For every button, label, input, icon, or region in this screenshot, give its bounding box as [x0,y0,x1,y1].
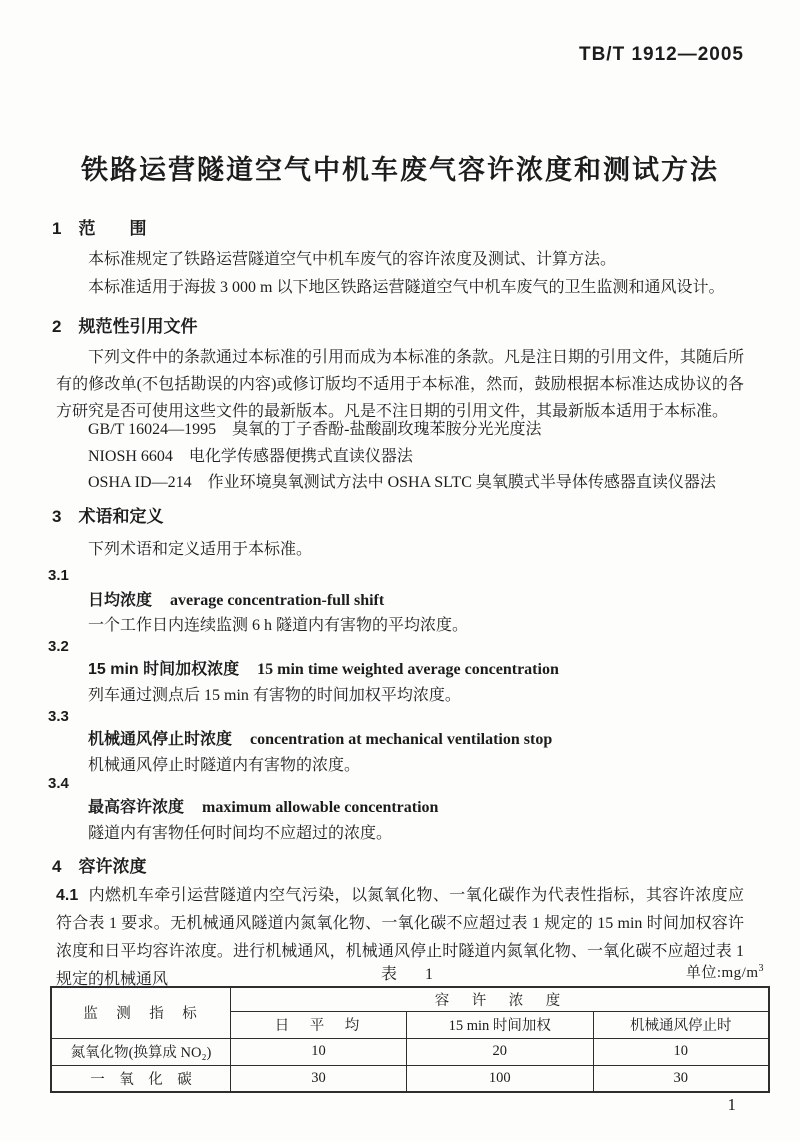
term-3-1-title: 日均浓度average concentration-full shift [88,587,744,610]
table-cell-co-daily: 30 [231,1065,407,1092]
term-3-4-zh: 最高容许浓度 [88,799,184,816]
table-header-ventilation-stop: 机械通风停止时 [593,1011,769,1038]
table-header-15min-weighted: 15 min 时间加权 [406,1011,593,1038]
table-1-caption: 表 1 [50,961,770,984]
table-cell-nox-15min: 20 [406,1038,593,1065]
term-3-4-definition: 隧道内有害物任何时间均不应超过的浓度。 [88,820,744,843]
table-header-allowed-concentration: 容 许 浓 度 [231,987,770,1011]
section-3-intro: 下列术语和定义适用于本标准。 [88,536,744,563]
term-3-3-en: concentration at mechanical ventilation … [250,731,552,748]
table-1-caption-row: 表 1 单位:mg/m3 [50,961,770,983]
section-1-paragraph-1: 本标准规定了铁路运营隧道空气中机车废气的容许浓度及测试、计算方法。 [56,246,744,273]
term-3-3-definition: 机械通风停止时隧道内有害物的浓度。 [88,752,744,775]
table-cell-nox-daily: 10 [231,1038,407,1065]
reference-gbt16024: GB/T 16024—1995 臭氧的丁子香酚-盐酸副玫瑰苯胺分光光度法 [88,417,744,443]
section-2-heading: 2 规范性引用文件 [52,312,744,337]
term-3-2-zh: 15 min 时间加权浓度 [88,661,239,678]
term-3-1-definition: 一个工作日内连续监测 6 h 隧道内有害物的平均浓度。 [88,612,744,635]
clause-4-1-number: 4.1 [56,887,78,904]
term-3-4-number: 3.4 [48,775,69,792]
section-1-heading: 1 范 围 [52,214,744,239]
table-row-co: 一 氧 化 碳 30 100 30 [51,1065,769,1092]
term-3-2-definition: 列车通过测点后 15 min 有害物的时间加权平均浓度。 [88,682,744,705]
table-row-nox: 氮氧化物(换算成 NO₂) 10 20 10 [51,1038,769,1065]
table-cell-co-15min: 100 [406,1065,593,1092]
page-number: 1 [728,1095,737,1115]
term-3-2-title: 15 min 时间加权浓度15 min time weighted averag… [88,656,744,679]
table-1-unit-exponent: 3 [759,963,765,974]
term-3-2-number: 3.2 [48,638,69,655]
term-3-4-title: 最高容许浓度maximum allowable concentration [88,794,744,817]
term-3-3-zh: 机械通风停止时浓度 [88,731,232,748]
table-row-group-header: 监 测 指 标 容 许 浓 度 [51,987,769,1011]
section-3-heading: 3 术语和定义 [52,502,744,527]
section-4-heading: 4 容许浓度 [52,852,744,877]
table-cell-co-indicator: 一 氧 化 碳 [51,1065,231,1092]
term-3-3-title: 机械通风停止时浓度concentration at mechanical ven… [88,726,744,749]
table-cell-nox-indicator: 氮氧化物(换算成 NO₂) [51,1038,231,1065]
term-3-4-en: maximum allowable concentration [202,799,438,816]
table-cell-co-stop: 30 [593,1065,769,1092]
section-2-paragraph: 下列文件中的条款通过本标准的引用而成为本标准的条款。凡是注日期的引用文件，其随后… [56,344,744,425]
term-3-2-en: 15 min time weighted average concentrati… [257,661,559,678]
term-3-1-zh: 日均浓度 [88,592,152,609]
table-1: 监 测 指 标 容 许 浓 度 日 平 均 15 min 时间加权 机械通风停止… [50,986,770,1093]
table-cell-nox-stop: 10 [593,1038,769,1065]
term-3-1-en: average concentration-full shift [170,592,384,609]
reference-niosh6604: NIOSH 6604 电化学传感器便携式直读仪器法 [88,444,744,470]
document-code: TB/T 1912—2005 [579,44,744,66]
table-header-daily-average: 日 平 均 [231,1011,407,1038]
reference-osha-id214: OSHA ID—214 作业环境臭氧测试方法中 OSHA SLTC 臭氧膜式半导… [88,470,744,496]
term-3-1-number: 3.1 [48,567,69,584]
table-header-indicator: 监 测 指 标 [51,987,231,1038]
term-3-3-number: 3.3 [48,708,69,725]
table-1-unit: 单位:mg/m3 [686,961,764,982]
section-1-paragraph-2: 本标准适用于海拔 3 000 m 以下地区铁路运营隧道空气中机车废气的卫生监测和… [56,274,744,301]
page-title: 铁路运营隧道空气中机车废气容许浓度和测试方法 [0,148,800,187]
